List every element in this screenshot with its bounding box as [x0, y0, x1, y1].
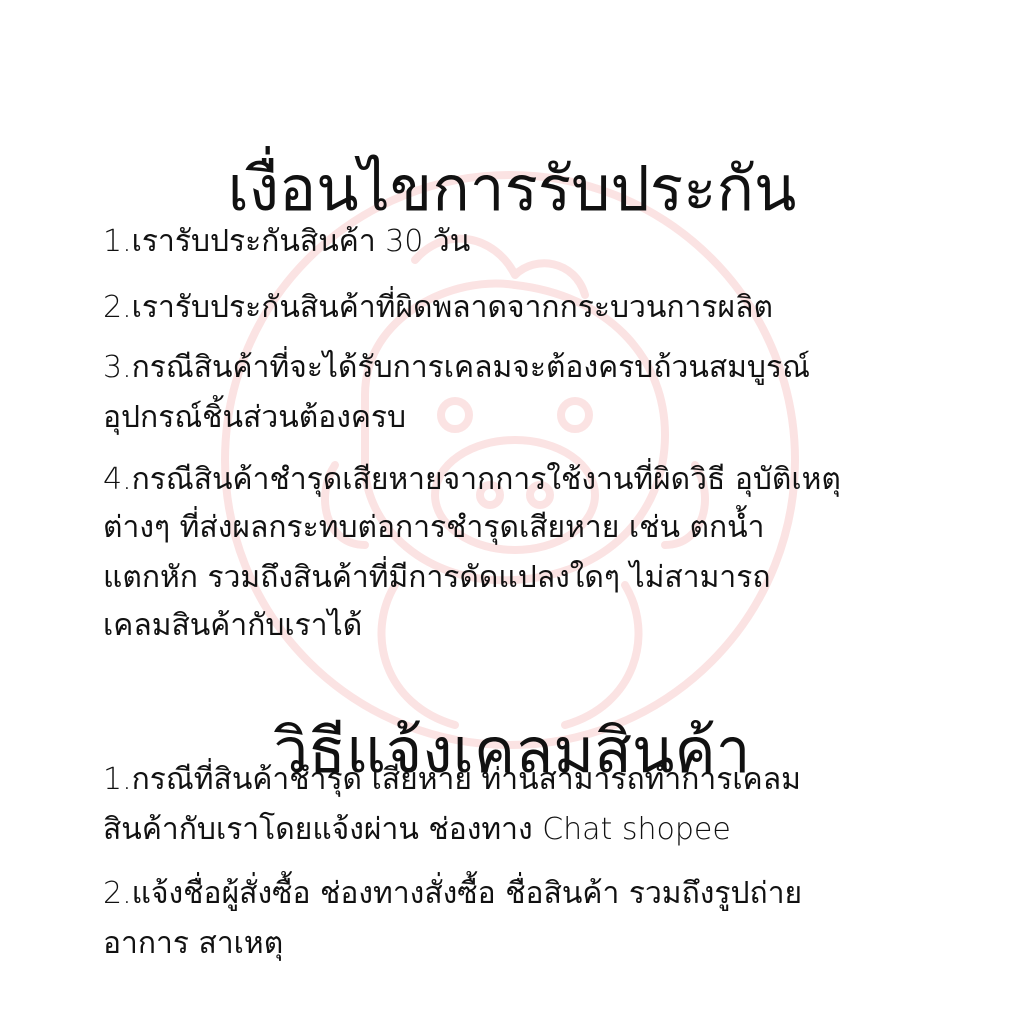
claim-item-1-line-1: 1.กรณีที่สินค้าชำรุด เสียหาย ท่านสามารถท…	[103, 760, 801, 800]
warranty-item-3-line-1: 3.กรณีสินค้าที่จะได้รับการเคลมจะต้องครบถ…	[103, 348, 810, 388]
warranty-item-4-line-2: ต่างๆ ที่ส่งผลกระทบต่อการชำรุดเสียหาย เช…	[103, 508, 765, 548]
claim-item-2-line-1: 2.แจ้งชื่อผู้สั่งซื้อ ช่องทางสั่งซื้อ ชื…	[103, 874, 802, 914]
warranty-item-1-line-1: 1.เรารับประกันสินค้า 30 วัน	[103, 222, 470, 262]
warranty-item-4-line-1: 4.กรณีสินค้าชำรุดเสียหายจากการใช้งานที่ผ…	[103, 460, 841, 500]
warranty-item-4-line-4: เคลมสินค้ากับเราได้	[103, 606, 362, 646]
claim-item-1-line-2: สินค้ากับเราโดยแจ้งผ่าน ช่องทาง Chat sho…	[103, 810, 731, 850]
warranty-conditions-title: เงื่อนไขการรับประกัน	[0, 146, 1024, 232]
warranty-info-page: เงื่อนไขการรับประกัน 1.เรารับประกันสินค้…	[0, 0, 1024, 1024]
warranty-item-4-line-3: แตกหัก รวมถึงสินค้าที่มีการดัดแปลงใดๆ ไม…	[103, 558, 771, 598]
warranty-item-3-line-2: อุปกรณ์ชิ้นส่วนต้องครบ	[103, 398, 406, 438]
warranty-item-2-line-1: 2.เรารับประกันสินค้าที่ผิดพลาดจากกระบวนก…	[103, 288, 773, 328]
claim-item-2-line-2: อาการ สาเหตุ	[103, 924, 283, 964]
